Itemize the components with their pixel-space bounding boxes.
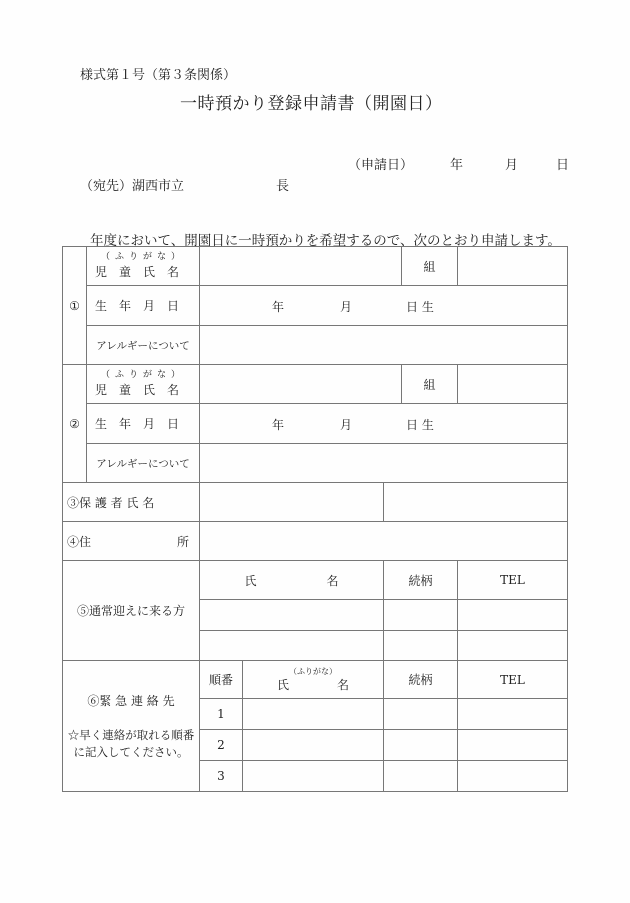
birthday-year: 年 [272, 298, 284, 315]
birthday-year: 年 [272, 416, 284, 433]
birthday-month: 月 [340, 416, 352, 433]
child-name-label: 児童氏名 [87, 381, 199, 399]
emergency-2-tel-input[interactable] [458, 730, 568, 761]
emergency-row-1-order: 1 [200, 699, 243, 730]
address-label: ④住 所 [63, 522, 200, 561]
child-name-label: 児童氏名 [87, 263, 199, 281]
child-1-allergy-input[interactable] [200, 326, 568, 365]
emergency-col-order: 順番 [200, 661, 243, 699]
emergency-1-relation-input[interactable] [384, 699, 458, 730]
apply-date-month: 月 [505, 154, 518, 173]
child-2-marker: ② [63, 365, 87, 483]
emergency-col-name: （ふりがな） 氏名 [243, 661, 384, 699]
emergency-label: ⑥緊 急 連 絡 先 ☆早く連絡が取れる順番 に記入してください。 [63, 661, 200, 792]
pickup-col-name: 氏名 [200, 561, 384, 600]
child-2-birthday-input[interactable]: 年 月 日 生 [200, 404, 568, 444]
emergency-3-relation-input[interactable] [384, 761, 458, 792]
child-1-class-label: 組 [402, 247, 458, 286]
pickup-2-tel-input[interactable] [458, 631, 568, 661]
guardian-label: ③保 護 者 氏 名 [63, 483, 200, 522]
child-2-name-input[interactable] [200, 365, 402, 404]
apply-date-label: （申請日） [348, 154, 413, 173]
addressee-chief: 長 [276, 175, 289, 194]
pickup-2-name-input[interactable] [200, 631, 384, 661]
emergency-row-2-order: 2 [200, 730, 243, 761]
pickup-label: ⑤通常迎えに来る方 [63, 561, 200, 661]
child-1-birthday-label: 生年月日 [87, 297, 199, 315]
pickup-col-relation: 続柄 [384, 561, 458, 600]
child-2-class-input[interactable] [458, 365, 568, 404]
child-2-allergy-label: アレルギーについて [87, 444, 200, 483]
emergency-col-tel: TEL [458, 661, 568, 699]
emergency-3-name-input[interactable] [243, 761, 384, 792]
page-title: 一時預かり登録申請書（開園日） [180, 89, 443, 114]
emergency-note: ☆早く連絡が取れる順番 に記入してください。 [63, 727, 199, 761]
child-1-marker: ① [63, 247, 87, 365]
child-2-class-label: 組 [402, 365, 458, 404]
pickup-2-relation-input[interactable] [384, 631, 458, 661]
birthday-day: 日 生 [406, 298, 434, 315]
birthday-day: 日 生 [406, 416, 434, 433]
child-1-name-input[interactable] [200, 247, 402, 286]
emergency-1-name-input[interactable] [243, 699, 384, 730]
pickup-1-relation-input[interactable] [384, 600, 458, 631]
guardian-name-input[interactable] [200, 483, 384, 522]
emergency-1-tel-input[interactable] [458, 699, 568, 730]
child-2-allergy-input[interactable] [200, 444, 568, 483]
child-2-name-label: （ふりがな） 児童氏名 [87, 365, 200, 404]
pickup-1-name-input[interactable] [200, 600, 384, 631]
emergency-2-relation-input[interactable] [384, 730, 458, 761]
addressee: （宛先）湖西市立 [80, 175, 184, 194]
child-1-birthday-input[interactable]: 年 月 日 生 [200, 286, 568, 326]
furigana-label: （ふりがな） [87, 369, 199, 381]
apply-date-year: 年 [450, 154, 463, 173]
emergency-2-name-input[interactable] [243, 730, 384, 761]
emergency-row-3-order: 3 [200, 761, 243, 792]
emergency-3-tel-input[interactable] [458, 761, 568, 792]
emergency-col-relation: 続柄 [384, 661, 458, 699]
guardian-extra-input[interactable] [384, 483, 568, 522]
child-2-birthday-label: 生年月日 [87, 415, 199, 433]
address-input[interactable] [200, 522, 568, 561]
pickup-1-tel-input[interactable] [458, 600, 568, 631]
furigana-label: （ふりがな） [87, 251, 199, 263]
child-1-name-label: （ふりがな） 児童氏名 [87, 247, 200, 286]
child-1-allergy-label: アレルギーについて [87, 326, 200, 365]
child-1-class-input[interactable] [458, 247, 568, 286]
pickup-col-tel: TEL [458, 561, 568, 600]
birthday-month: 月 [340, 298, 352, 315]
apply-date-day: 日 [556, 154, 569, 173]
form-number: 様式第１号（第３条関係） [80, 64, 236, 83]
application-form-table: ① （ふりがな） 児童氏名 組 生年月日 年 月 日 生 アレルギーについて ②… [62, 246, 568, 792]
